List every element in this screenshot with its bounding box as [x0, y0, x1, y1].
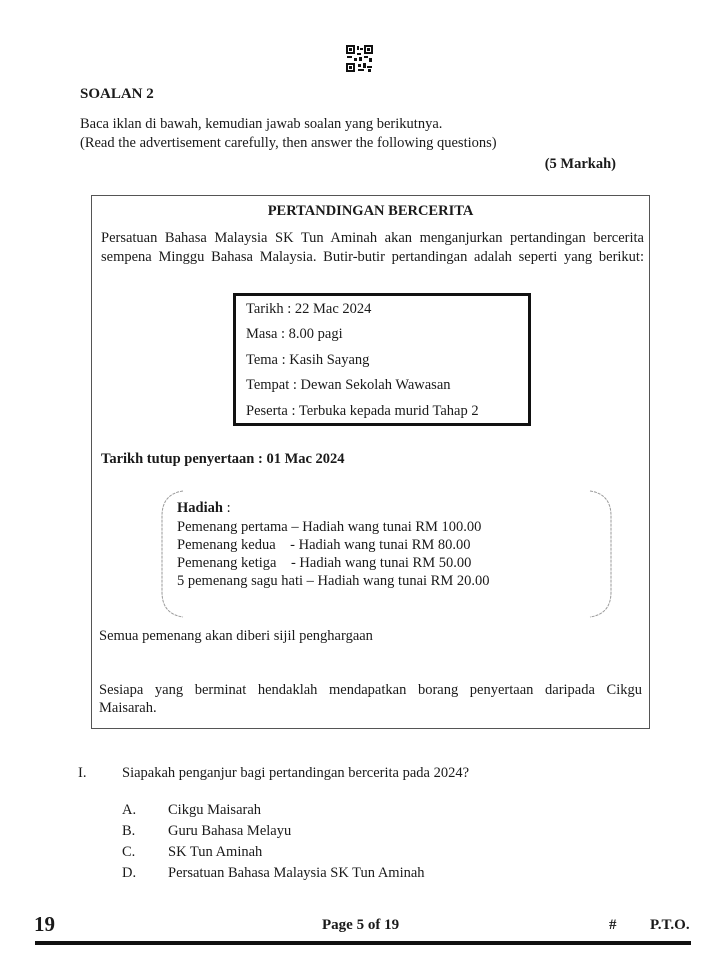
intro-line-1: Persatuan Bahasa Malaysia SK Tun Aminah … [101, 229, 644, 248]
footer-pto: P.T.O. [650, 917, 690, 934]
question-text: Siapakah penganjur bagi pertandingan ber… [122, 765, 469, 782]
option-b-text[interactable]: Guru Bahasa Melayu [168, 823, 291, 840]
footer-code: 19 [34, 912, 55, 937]
prize-third: Pemenang ketiga - Hadiah wang tunai RM 5… [177, 555, 471, 572]
option-b-letter[interactable]: B. [122, 823, 135, 840]
prize-heading: Hadiah : [177, 500, 231, 517]
instruction-malay: Baca iklan di bawah, kemudian jawab soal… [80, 116, 442, 133]
option-a-text[interactable]: Cikgu Maisarah [168, 802, 261, 819]
marks-label: (5 Markah) [545, 156, 616, 173]
prize-heading-label: Hadiah [177, 500, 223, 516]
detail-participants: Peserta : Terbuka kepada murid Tahap 2 [246, 403, 479, 420]
contact-note: Sesiapa yang berminat hendaklah mendapat… [99, 681, 642, 717]
question-number: I. [78, 765, 86, 782]
detail-time: Masa : 8.00 pagi [246, 326, 343, 343]
prize-second: Pemenang kedua - Hadiah wang tunai RM 80… [177, 537, 471, 554]
prize-first: Pemenang pertama – Hadiah wang tunai RM … [177, 519, 481, 536]
certificate-note: Semua pemenang akan diberi sijil penghar… [99, 628, 373, 645]
prize-consolation: 5 pemenang sagu hati – Hadiah wang tunai… [177, 573, 490, 590]
option-c-text[interactable]: SK Tun Aminah [168, 844, 262, 861]
qr-code-icon [346, 45, 373, 72]
page-number: Page 5 of 19 [322, 917, 399, 934]
detail-venue: Tempat : Dewan Sekolah Wawasan [246, 377, 451, 394]
detail-date: Tarikh : 22 Mac 2024 [246, 301, 371, 318]
instruction-english: (Read the advertisement carefully, then … [80, 135, 497, 152]
intro-line-2: sempena Minggu Bahasa Malaysia. Butir-bu… [101, 248, 644, 267]
question-title: SOALAN 2 [80, 86, 154, 103]
contact-line-1: Sesiapa yang berminat hendaklah mendapat… [99, 681, 642, 699]
option-d-letter[interactable]: D. [122, 865, 136, 882]
detail-theme: Tema : Kasih Sayang [246, 352, 369, 369]
closing-date: Tarikh tutup penyertaan : 01 Mac 2024 [101, 451, 345, 468]
advertisement-title: PERTANDINGAN BERCERITA [91, 203, 650, 220]
advertisement-intro: Persatuan Bahasa Malaysia SK Tun Aminah … [101, 229, 644, 267]
footer-hash: # [609, 917, 617, 934]
option-c-letter[interactable]: C. [122, 844, 135, 861]
contact-line-2: Maisarah. [99, 700, 157, 716]
option-d-text[interactable]: Persatuan Bahasa Malaysia SK Tun Aminah [168, 865, 425, 882]
footer-divider [35, 941, 691, 945]
option-a-letter[interactable]: A. [122, 802, 136, 819]
event-details-box: Tarikh : 22 Mac 2024 Masa : 8.00 pagi Te… [233, 293, 531, 426]
